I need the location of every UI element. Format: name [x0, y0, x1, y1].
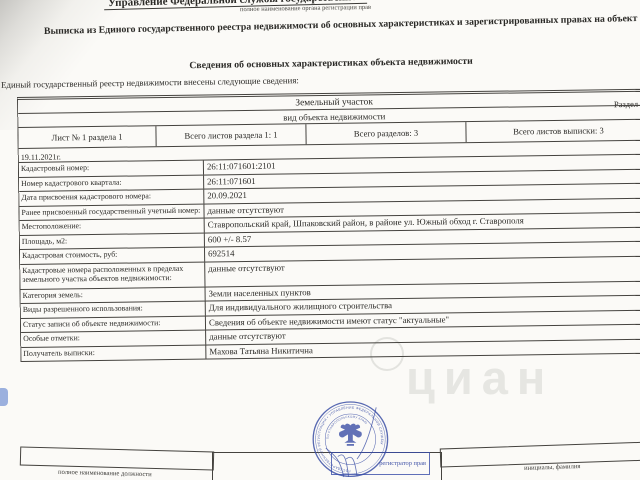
object-type-caption: вид объекта недвижимости: [283, 111, 385, 122]
scanned-document-page: циан Управление Федеральной службы госуд…: [0, 0, 640, 480]
row-label: Кадастровые номера расположенных в преде…: [20, 262, 204, 288]
watermark-text: циан: [406, 350, 554, 405]
watermark-edge-mark: [0, 388, 8, 406]
row-label: Дата присвоения кадастрового номера:: [19, 190, 203, 206]
row-label: Ранее присвоенный государственный учетны…: [19, 204, 203, 220]
row-label: Площадь, м2:: [20, 233, 204, 249]
row-label: Виды разрешенного использования:: [21, 302, 205, 318]
sheet-cell-total-sheets-extract: Всего листов выписки: 3: [466, 120, 640, 142]
registrar-stamp-label: регистратор прав: [379, 460, 426, 467]
row-label: Категория земель:: [21, 287, 205, 303]
signature-position-caption: полное наименование должности: [58, 469, 152, 478]
row-label: Статус записи об объекте недвижимости:: [21, 316, 205, 332]
row-label: Кадастровая стоимость, руб:: [20, 248, 204, 264]
signature-position-box: [20, 446, 214, 470]
object-type: Земельный участок: [295, 97, 373, 108]
sheet-cell-total-sheets-section: Всего листов раздела 1: 1: [156, 124, 306, 146]
row-label: Кадастровый номер:: [19, 161, 203, 177]
section-heading: Сведения об основных характеристиках объ…: [0, 53, 640, 74]
row-label: Местоположение:: [20, 219, 204, 235]
sheet-cell-list-number: Лист № 1 раздела 1: [18, 126, 156, 148]
document-title: Выписка из Единого государственного реес…: [44, 12, 640, 37]
registrar-rect-stamp: регистратор прав: [331, 452, 430, 475]
row-label: Получатель выписки:: [21, 345, 205, 361]
row-label: Номер кадастрового квартала:: [19, 175, 203, 191]
property-table: Земельный участок вид объекта недвижимос…: [17, 89, 640, 362]
sheet-cell-total-sections: Всего разделов: 3: [306, 122, 466, 144]
org-name-caption: полное наименование органа регистрации п…: [240, 4, 371, 13]
intro-line: В Единый государственный реестр недвижим…: [0, 75, 299, 90]
signature-name-caption: инициалы, фамилия: [524, 463, 581, 472]
row-label: Особые отметки:: [21, 331, 205, 347]
eagle-emblem-icon: [339, 424, 362, 446]
attribute-rows: Кадастровый номер:26:11:071601:2101Номер…: [19, 155, 640, 362]
extract-date: 19.11.2021г.: [21, 152, 61, 162]
